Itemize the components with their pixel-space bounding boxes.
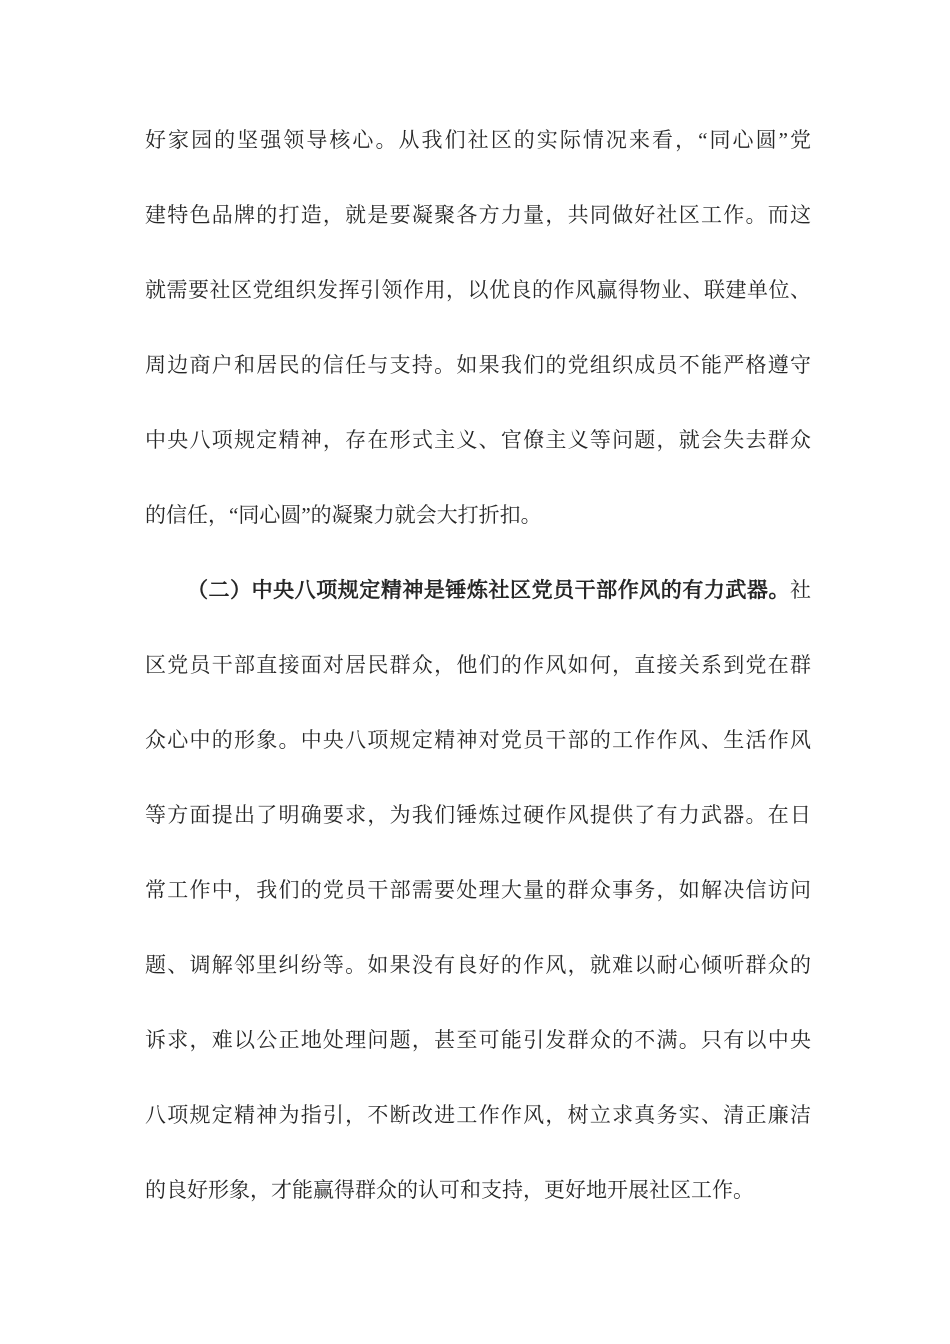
text-line: 建特色品牌的打造，就是要凝聚各方力量，共同做好社区工作。而这	[145, 178, 811, 253]
text-line: 八项规定精神为指引，不断改进工作作风，树立求真务实、清正廉洁	[145, 1078, 811, 1153]
document-page: 好家园的坚强领导核心。从我们社区的实际情况来看，“同心圆”党建特色品牌的打造，就…	[0, 0, 950, 1344]
text-run: 众心中的形象。中央八项规定精神对党员干部的工作作风、生活作风	[145, 728, 811, 752]
text-run: 社	[790, 578, 811, 602]
paragraph-section-two: （二）中央八项规定精神是锤炼社区党员干部作风的有力武器。社区党员干部直接面对居民…	[145, 553, 811, 1228]
text-line: 常工作中，我们的党员干部需要处理大量的群众事务，如解决信访问	[145, 853, 811, 928]
document-body: 好家园的坚强领导核心。从我们社区的实际情况来看，“同心圆”党建特色品牌的打造，就…	[145, 103, 811, 1228]
text-run: 等方面提出了明确要求，为我们锤炼过硬作风提供了有力武器。在日	[145, 803, 811, 827]
text-line: 区党员干部直接面对居民群众，他们的作风如何，直接关系到党在群	[145, 628, 811, 703]
text-line: 题、调解邻里纠纷等。如果没有良好的作风，就难以耐心倾听群众的	[145, 928, 811, 1003]
text-run: 的良好形象，才能赢得群众的认可和支持，更好地开展社区工作。	[145, 1178, 754, 1202]
text-line: 诉求，难以公正地处理问题，甚至可能引发群众的不满。只有以中央	[145, 1003, 811, 1078]
text-run: 建特色品牌的打造，就是要凝聚各方力量，共同做好社区工作。而这	[145, 203, 811, 227]
text-line: 等方面提出了明确要求，为我们锤炼过硬作风提供了有力武器。在日	[145, 778, 811, 853]
text-run: 区党员干部直接面对居民群众，他们的作风如何，直接关系到党在群	[145, 653, 811, 677]
section-heading-bold: （二）中央八项规定精神是锤炼社区党员干部作风的有力武器。	[187, 578, 790, 602]
text-line: 的良好形象，才能赢得群众的认可和支持，更好地开展社区工作。	[145, 1153, 811, 1228]
text-run: 的信任，“同心圆”的凝聚力就会大打折扣。	[145, 503, 542, 527]
text-line: 就需要社区党组织发挥引领作用，以优良的作风赢得物业、联建单位、	[145, 253, 811, 328]
text-line: 中央八项规定精神，存在形式主义、官僚主义等问题，就会失去群众	[145, 403, 811, 478]
text-line: 众心中的形象。中央八项规定精神对党员干部的工作作风、生活作风	[145, 703, 811, 778]
text-run: 常工作中，我们的党员干部需要处理大量的群众事务，如解决信访问	[145, 878, 811, 902]
text-run: 八项规定精神为指引，不断改进工作作风，树立求真务实、清正廉洁	[145, 1103, 811, 1127]
text-run: 中央八项规定精神，存在形式主义、官僚主义等问题，就会失去群众	[145, 428, 811, 452]
text-line: 好家园的坚强领导核心。从我们社区的实际情况来看，“同心圆”党	[145, 103, 811, 178]
text-line: （二）中央八项规定精神是锤炼社区党员干部作风的有力武器。社	[145, 553, 811, 628]
text-run: 周边商户和居民的信任与支持。如果我们的党组织成员不能严格遵守	[145, 353, 811, 377]
text-run: 题、调解邻里纠纷等。如果没有良好的作风，就难以耐心倾听群众的	[145, 953, 811, 977]
text-run: 诉求，难以公正地处理问题，甚至可能引发群众的不满。只有以中央	[145, 1028, 811, 1052]
text-run: 就需要社区党组织发挥引领作用，以优良的作风赢得物业、联建单位、	[145, 278, 811, 302]
paragraph-continuation: 好家园的坚强领导核心。从我们社区的实际情况来看，“同心圆”党建特色品牌的打造，就…	[145, 103, 811, 553]
text-line: 的信任，“同心圆”的凝聚力就会大打折扣。	[145, 478, 811, 553]
text-run: 好家园的坚强领导核心。从我们社区的实际情况来看，“同心圆”党	[145, 128, 811, 152]
text-line: 周边商户和居民的信任与支持。如果我们的党组织成员不能严格遵守	[145, 328, 811, 403]
